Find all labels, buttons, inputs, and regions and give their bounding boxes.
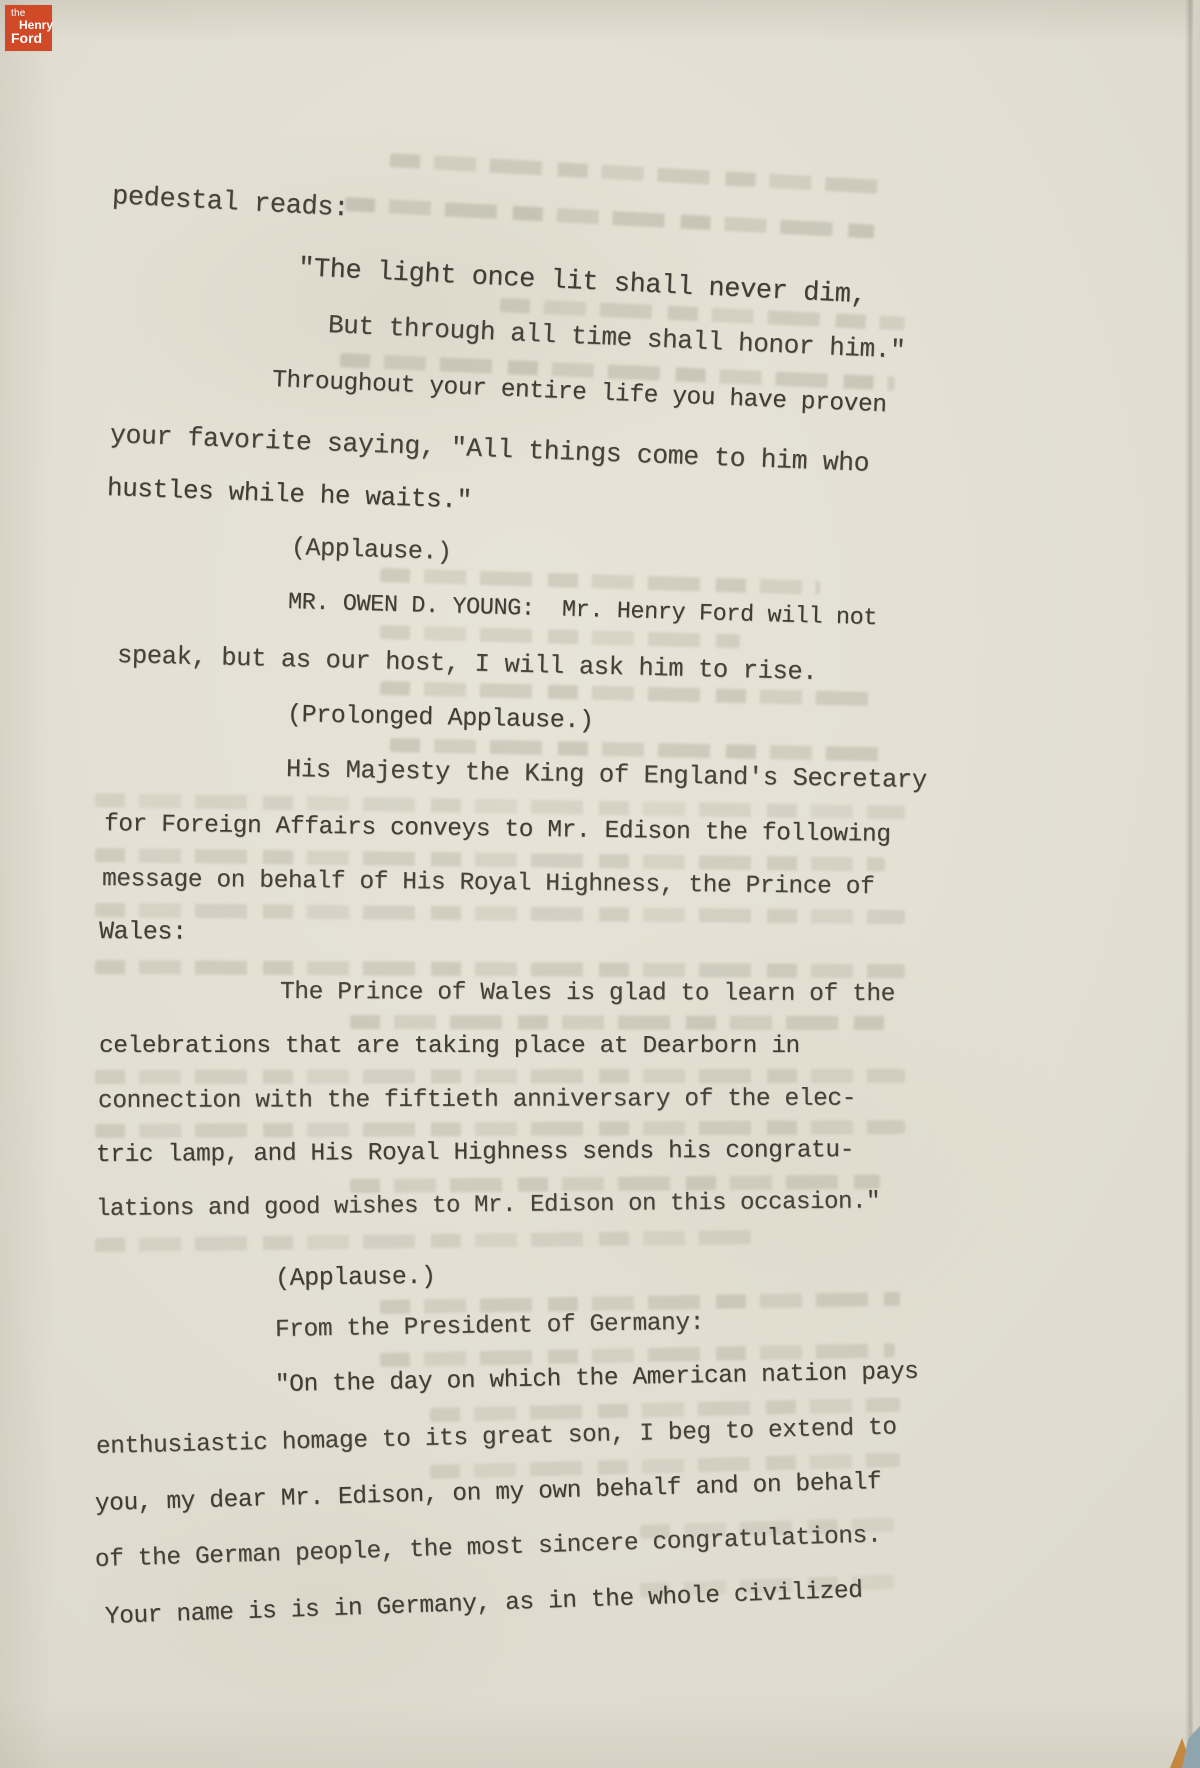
ghost-text-line [95, 1230, 755, 1252]
text-line: Wales: [99, 918, 187, 946]
ghost-text-line [345, 197, 875, 239]
text-line: of the German people, the most sincere c… [95, 1523, 882, 1575]
ghost-text-line [95, 903, 905, 924]
text-line: (Applause.) [275, 1263, 436, 1293]
text-line: hustles while he waits." [107, 474, 473, 515]
text-line: (Applause.) [291, 534, 452, 566]
text-line: From the President of Germany: [275, 1311, 704, 1345]
text-line: MR. OWEN D. YOUNG: Mr. Henry Ford will n… [288, 590, 878, 632]
ghost-text-line [95, 960, 905, 978]
text-line: enthusiastic homage to its great son, I … [96, 1415, 897, 1461]
text-line: Your name is is in Germany, as in the wh… [105, 1579, 864, 1632]
ghost-text-line [95, 1069, 905, 1084]
text-line: tric lamp, and His Royal Highness sends … [96, 1138, 854, 1170]
ghost-text-line [350, 1015, 895, 1030]
text-line: pedestal reads: [111, 183, 349, 225]
text-line: connection with the fiftieth anniversary… [98, 1087, 856, 1116]
page-edge-shadow [1185, 0, 1200, 1768]
text-line: for Foreign Affairs conveys to Mr. Ediso… [104, 812, 891, 850]
ghost-text-line [390, 153, 880, 194]
text-line: His Majesty the King of England's Secret… [286, 756, 927, 795]
scanned-document-page: { "colors": { "paper": "#e3e0d3", "ink":… [0, 0, 1200, 1768]
text-line: speak, but as our host, I will ask him t… [117, 642, 818, 687]
paper-sheet: pedestal reads:"The light once lit shall… [0, 0, 1200, 1768]
ghost-text-line [380, 568, 820, 595]
text-line: your favorite saying, "All things come t… [109, 421, 869, 479]
ghost-text-line [380, 625, 740, 648]
henry-ford-logo: the Henry Ford [5, 5, 52, 51]
text-line: message on behalf of His Royal Highness,… [102, 867, 875, 902]
text-line: "On the day on which the American nation… [275, 1360, 919, 1400]
text-line: (Prolonged Applause.) [287, 701, 594, 735]
text-line: lations and good wishes to Mr. Edison on… [96, 1189, 880, 1223]
text-line: celebrations that are taking place at De… [99, 1034, 800, 1061]
ghost-text-line [95, 1120, 905, 1138]
logo-word-ford: Ford [11, 30, 42, 46]
text-line: The Prince of Wales is glad to learn of … [280, 980, 895, 1009]
